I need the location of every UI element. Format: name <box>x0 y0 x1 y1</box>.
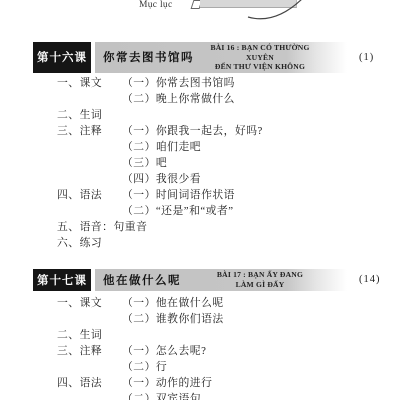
toc-line: （二）咱们走吧 <box>0 139 400 155</box>
toc-item-label: 四、语法 <box>57 375 122 391</box>
toc-item-label: 二、生词 <box>57 327 122 343</box>
toc-line: 五、语音：句重音 <box>0 219 400 235</box>
toc-line: 三、注释（一）你跟我一起去，好吗? <box>0 123 400 139</box>
lesson-header: 第十六课 你常去图书馆吗 BÀI 16 : BẠN CÓ THƯỜNG XUYÊ… <box>33 42 400 73</box>
lesson-title-vietnamese: BÀI 17 : BẠN ẤY ĐANG LÀM GÌ ĐẤY <box>207 270 347 289</box>
toc-item-sub: （二）咱们走吧 <box>122 141 201 153</box>
toc-item-label: 四、语法 <box>57 187 122 203</box>
lesson-items: 一、课文（一）你常去图书馆吗（二）晚上你常做什么二、生词三、注释（一）你跟我一起… <box>0 75 400 251</box>
toc-line: （四）我很少看 <box>0 171 400 187</box>
lesson-section: 第十六课 你常去图书馆吗 BÀI 16 : BẠN CÓ THƯỜNG XUYÊ… <box>0 42 400 251</box>
toc-line: （二）晚上你常做什么 <box>0 91 400 107</box>
toc-item-sub: （二）行 <box>122 361 167 373</box>
lesson-number-badge: 第十七课 <box>33 269 91 291</box>
toc-line: 一、课文（一）你常去图书馆吗 <box>0 75 400 91</box>
lesson-page-number: (1) <box>359 52 374 63</box>
lesson-title-vietnamese: BÀI 16 : BẠN CÓ THƯỜNG XUYÊNĐẾN THƯ VIỆN… <box>207 43 347 72</box>
toc-item-sub: （二）晚上你常做什么 <box>122 93 235 105</box>
lesson-header: 第十七课 他在做什么呢 BÀI 17 : BẠN ẤY ĐANG LÀM GÌ … <box>33 269 400 291</box>
toc-item-label: 五、语音：句重音 <box>57 219 147 235</box>
toc-line: 二、生词 <box>0 327 400 343</box>
toc-item-label: 二、生词 <box>57 107 122 123</box>
toc-item-sub: （一）动作的进行 <box>122 377 212 389</box>
lesson-title-bar: 你常去图书馆吗 BÀI 16 : BẠN CÓ THƯỜNG XUYÊNĐẾN … <box>95 42 347 73</box>
toc-line: 六、练习 <box>0 235 400 251</box>
toc-item-label: 一、课文 <box>57 75 122 91</box>
toc-item-label: 三、注释 <box>57 123 122 139</box>
toc-item-sub: （二）谁教你们语法 <box>122 313 224 325</box>
toc-line: 一、课文（一）他在做什么呢 <box>0 295 400 311</box>
toc-line: （二）行 <box>0 359 400 375</box>
lesson-title-chinese: 他在做什么呢 <box>103 272 207 288</box>
toc-item-sub: （二）双宾语句 <box>122 393 201 400</box>
toc-item-sub: （三）吧 <box>122 157 167 169</box>
toc-line: 四、语法（一）时间词语作状语 <box>0 187 400 203</box>
toc-line: （二）“还是”和“或者” <box>0 203 400 219</box>
toc-line: 二、生词 <box>0 107 400 123</box>
lesson-title-chinese: 你常去图书馆吗 <box>103 49 207 65</box>
lesson-items: 一、课文（一）他在做什么呢（二）谁教你们语法二、生词三、注释（一）怎么去呢?（二… <box>0 295 400 400</box>
toc-item-sub: （一）你跟我一起去，好吗? <box>122 125 263 137</box>
toc-line: （二）双宾语句 <box>0 391 400 400</box>
lesson-number-badge: 第十六课 <box>33 42 91 73</box>
lesson-section: 第十七课 他在做什么呢 BÀI 17 : BẠN ẤY ĐANG LÀM GÌ … <box>0 269 400 400</box>
toc-item-sub: （二）“还是”和“或者” <box>122 205 234 217</box>
toc-line: 三、注释（一）怎么去呢? <box>0 343 400 359</box>
toc-line: 四、语法（一）动作的进行 <box>0 375 400 391</box>
lesson-sections: 第十六课 你常去图书馆吗 BÀI 16 : BẠN CÓ THƯỜNG XUYÊ… <box>0 0 400 400</box>
toc-item-label: 一、课文 <box>57 295 122 311</box>
toc-item-label: 三、注释 <box>57 343 122 359</box>
toc-item-sub: （一）你常去图书馆吗 <box>122 77 235 89</box>
toc-item-sub: （一）怎么去呢? <box>122 345 206 357</box>
toc-line: （二）谁教你们语法 <box>0 311 400 327</box>
toc-page: Mục lục 第十六课 你常去图书馆吗 BÀI 16 : BẠN CÓ THƯ… <box>0 0 400 400</box>
lesson-title-bar: 他在做什么呢 BÀI 17 : BẠN ẤY ĐANG LÀM GÌ ĐẤY <box>95 269 347 291</box>
toc-item-label: 六、练习 <box>57 235 122 251</box>
toc-line: （三）吧 <box>0 155 400 171</box>
lesson-page-number: (14) <box>359 274 381 285</box>
toc-item-sub: （一）他在做什么呢 <box>122 297 224 309</box>
toc-item-sub: （一）时间词语作状语 <box>122 189 235 201</box>
toc-item-sub: （四）我很少看 <box>122 173 201 185</box>
